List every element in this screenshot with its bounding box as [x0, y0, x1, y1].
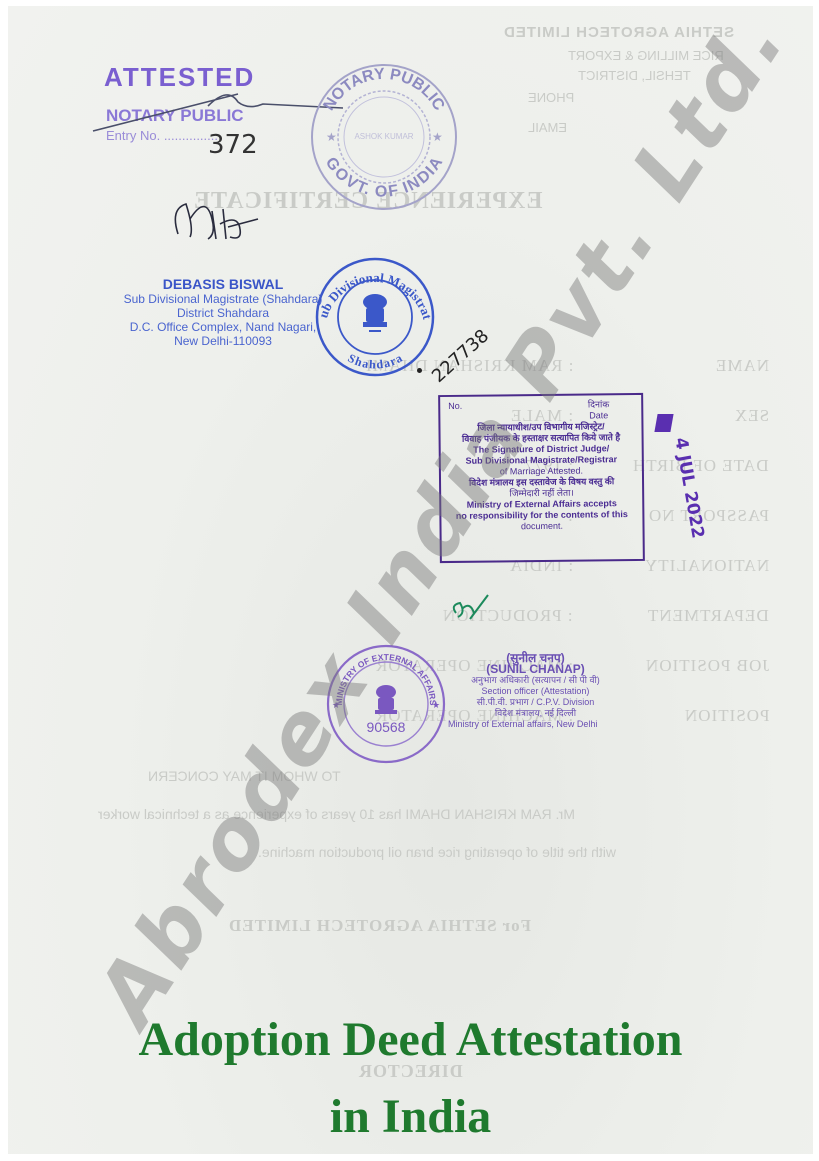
page-title: Adoption Deed Attestation [8, 1012, 813, 1067]
svg-text:★: ★ [432, 700, 440, 710]
notary-public-seal: NOTARY PUBLIC GOVT. OF INDIA ASHOK KUMAR… [308, 61, 460, 213]
sdm-signature [168, 189, 268, 249]
ghost-field-label: PASSPORT NO [648, 506, 769, 526]
attested-document-page: SETHIA AGROTECH LIMITED RICE MILLING & E… [8, 6, 813, 1154]
mea-date-hi: दिनांक [588, 399, 609, 410]
ghost-field-label: POSITION [684, 706, 769, 726]
ghost-field-label: NAME [715, 356, 769, 376]
sdm-line: D.C. Office Complex, Nand Nagari, [108, 320, 338, 334]
sdm-line: District Shahdara [108, 306, 338, 320]
svg-text:NOTARY PUBLIC: NOTARY PUBLIC [320, 66, 447, 114]
officer-line: सी.पी.वी. प्रभाग / C.P.V. Division [448, 697, 623, 708]
ghost-field-label: DEPARTMENT [647, 606, 769, 626]
ghost-field-label: DATE OF BIRTH [632, 456, 769, 476]
officer-line: अनुभाग अधिकारी (सत्यापन / सी पी वी) [448, 675, 623, 686]
sdm-name: DEBASIS BISWAL [108, 276, 338, 292]
ghost-paragraph-line: Mr. RAM KRISHAN DHAMI has 10 years of ex… [98, 806, 575, 822]
ghost-field-label: NATIONALITY [644, 556, 769, 576]
officer-line: Section officer (Attestation) [448, 686, 623, 697]
mea-date-label: Date [588, 410, 609, 421]
officer-line: Ministry of External affairs, New Delhi [448, 719, 623, 730]
date-stamp-mark-icon [654, 414, 673, 432]
ghost-sign-company: For SETHIA AGROTECH LIMITED [228, 916, 531, 936]
sdm-line: Sub Divisional Magistrate (Shahdara) [108, 292, 338, 306]
page-subtitle: in India [8, 1089, 813, 1144]
ashoka-emblem-icon [363, 294, 387, 332]
svg-text:90568: 90568 [367, 719, 406, 735]
ghost-paragraph-line: with the title of operating rice bran oi… [258, 844, 616, 860]
ghost-field-label: JOB POSITION [645, 656, 769, 676]
svg-text:ASHOK KUMAR: ASHOK KUMAR [354, 132, 413, 141]
green-initials [448, 591, 498, 626]
ghost-company-line: PHONE [528, 90, 574, 105]
officer-name: (SUNIL CHANAP) [448, 664, 623, 675]
ghost-company-line: EMAIL [528, 120, 567, 135]
ghost-field-label: SEX [734, 406, 769, 426]
sdm-address-block: DEBASIS BISWAL Sub Divisional Magistrate… [108, 276, 338, 348]
svg-text:★: ★ [432, 130, 443, 144]
stamp-dot [417, 368, 422, 373]
svg-text:★: ★ [326, 130, 337, 144]
sdm-seal: Sub Divisional Magistrate Shahdara [314, 256, 436, 378]
officer-line: विदेश मंत्रालय, नई दिल्ली [448, 708, 623, 719]
mea-officer-block: (सुनील चनप) (SUNIL CHANAP) अनुभाग अधिकार… [448, 653, 623, 730]
sdm-line: New Delhi-110093 [108, 334, 338, 348]
